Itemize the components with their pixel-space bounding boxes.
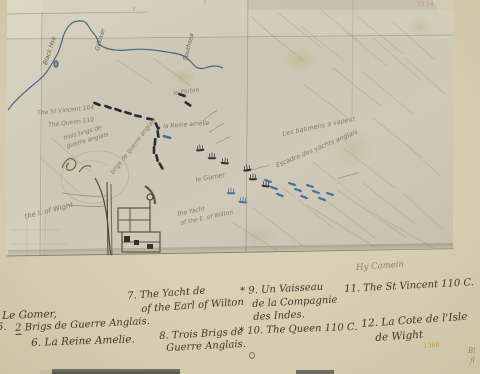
fold-number: 3 — [132, 8, 135, 13]
caption-cote-line1: 12. La Cote de l'Isle — [361, 312, 468, 330]
small-circle-mark — [249, 352, 255, 359]
caption-reine-amelie: 6. La Reine Amelie. — [31, 334, 135, 348]
edge-mark-top: Bl — [468, 348, 475, 355]
caption-number-cut: 5. — [0, 323, 7, 333]
signature: Hy Camein — [356, 261, 404, 273]
adjacent-item-sliver — [40, 370, 52, 374]
caption-queen: * 10. The Queen 110 C. — [239, 323, 358, 337]
edge-mark-bottom: fl — [470, 358, 475, 365]
caption-gomer: Le Gomer, — [2, 309, 57, 321]
scanned-drawing-page: Black Hse Gilkiker Southsea The St Vince… — [0, 0, 480, 374]
adjacent-item-sliver — [296, 370, 334, 374]
caption-st-vincent: 11. The St Vincent 110 C. — [344, 278, 474, 295]
caption-brigs-count: 2 — [15, 323, 22, 335]
caption-vaisseau-line2: de la Compagnie — [252, 296, 338, 310]
sketch-artwork — [7, 0, 453, 258]
sheet-number: 5134 — [417, 2, 434, 8]
caption-trois-brigs-line2: Guerre Anglais. — [166, 340, 246, 354]
caption-vaisseau-line1: * 9. Un Vaisseau — [240, 283, 323, 297]
fold-number: 3 — [203, 1, 206, 6]
caption-cote-line2: de Wight — [375, 330, 424, 344]
caption-vaisseau-line3: des Indes. — [253, 310, 305, 323]
collection-number: 1366 — [423, 341, 440, 349]
sheet-corner — [432, 0, 453, 30]
adjacent-item-sliver — [52, 369, 180, 374]
brown-ink-doodle — [62, 158, 91, 172]
drawing-sheet: Black Hse Gilkiker Southsea The St Vince… — [7, 0, 453, 258]
caption-yacht-line2: of the Earl of Wilton — [141, 298, 244, 315]
